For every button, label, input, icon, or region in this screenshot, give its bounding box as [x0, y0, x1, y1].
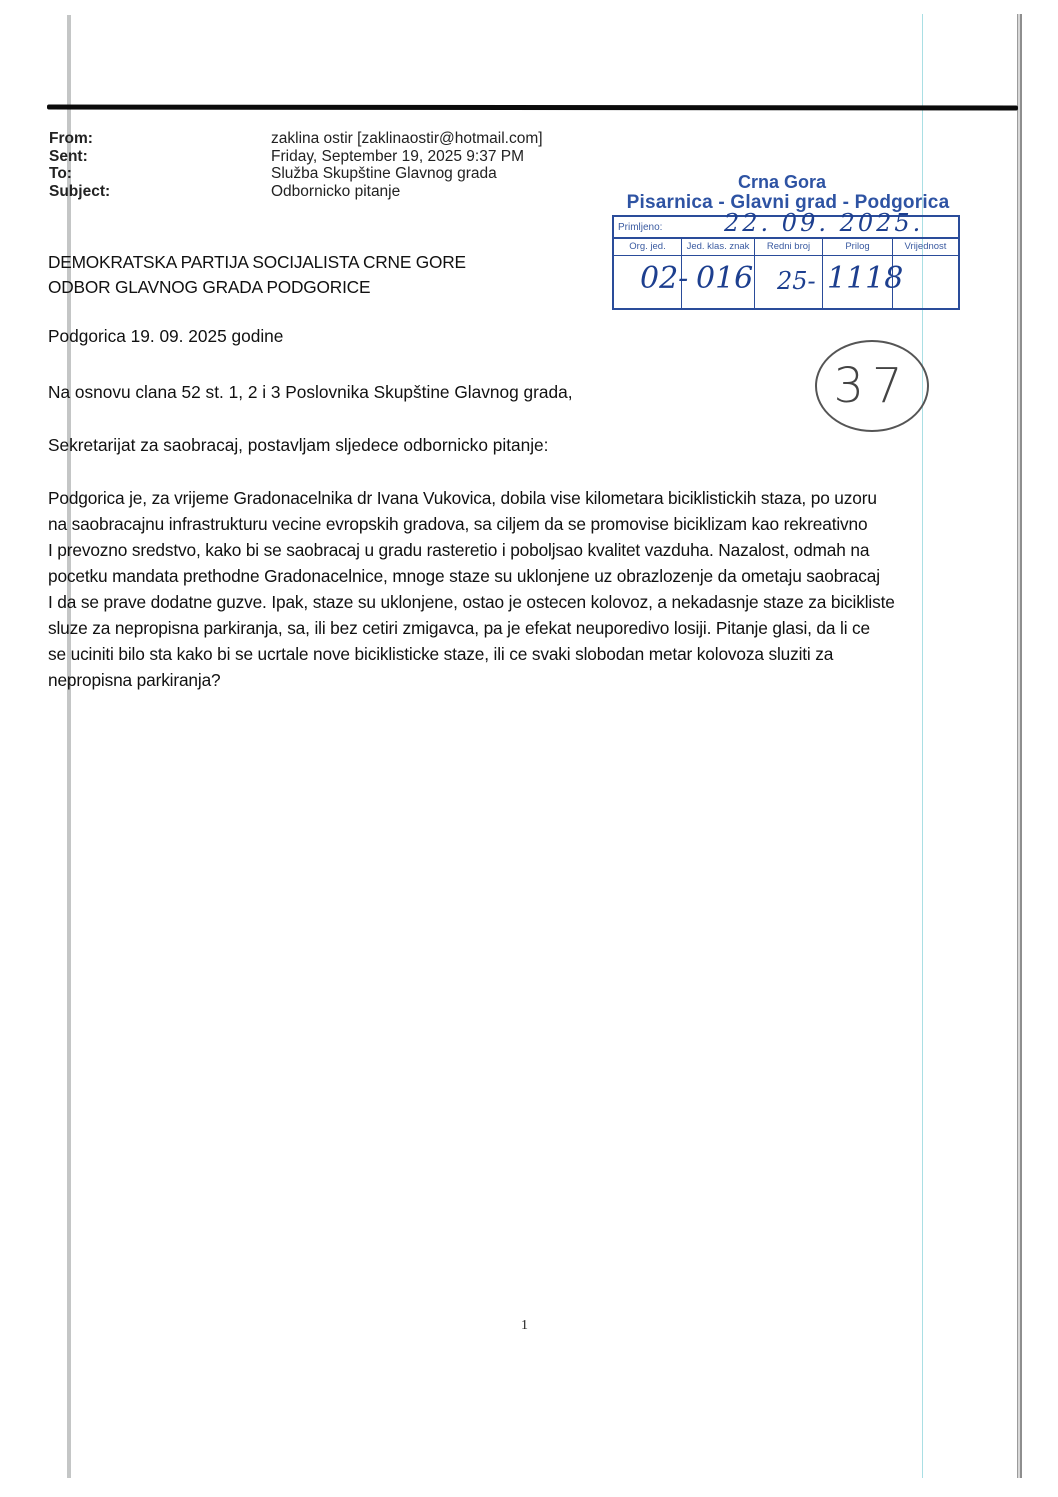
- email-header-from: From: zaklina ostir [zaklinaostir@hotmai…: [49, 130, 543, 148]
- letter-body: DEMOKRATSKA PARTIJA SOCIJALISTA CRNE GOR…: [48, 250, 1028, 300]
- stamp-title-country: Crna Gora: [600, 172, 964, 192]
- addressee-line: Sekretarijat za saobracaj, postavljam sl…: [48, 435, 548, 456]
- field-label: Subject:: [49, 183, 271, 201]
- field-label: To:: [49, 165, 271, 183]
- sender-value: zaklina ostir [zaklinaostir@hotmail.com]: [271, 130, 543, 148]
- scan-artifact-right-edge: [1017, 14, 1022, 1478]
- field-label: Sent:: [49, 148, 271, 166]
- sent-value: Friday, September 19, 2025 9:37 PM: [271, 148, 524, 166]
- handwritten-circled-number: 37: [815, 340, 929, 432]
- received-label: Primljeno:: [614, 222, 662, 233]
- org-committee: ODBOR GLAVNOG GRADA PODGORICE: [48, 275, 1028, 300]
- question-paragraph: Podgorica je, za vrijeme Gradonacelnika …: [48, 485, 1023, 693]
- page-number: 1: [521, 1318, 528, 1334]
- paragraph-line: pocetku mandata prethodne Gradonacelnice…: [48, 563, 1023, 589]
- paragraph-line: na saobracajnu infrastrukturu vecine evr…: [48, 511, 1023, 537]
- email-header: From: zaklina ostir [zaklinaostir@hotmai…: [49, 130, 543, 200]
- recipient-value: Služba Skupštine Glavnog grada: [271, 165, 497, 183]
- email-header-divider: [47, 104, 1018, 110]
- field-label: From:: [49, 130, 271, 148]
- received-date-handwritten: 22. 09. 2025.: [724, 209, 923, 237]
- subject-value: Odbornicko pitanje: [271, 183, 400, 201]
- paragraph-line: Podgorica je, za vrijeme Gradonacelnika …: [48, 485, 1023, 511]
- paragraph-line: se uciniti bilo sta kako bi se ucrtale n…: [48, 641, 1023, 667]
- email-header-subject: Subject: Odbornicko pitanje: [49, 183, 543, 201]
- email-header-sent: Sent: Friday, September 19, 2025 9:37 PM: [49, 148, 543, 166]
- email-header-to: To: Služba Skupštine Glavnog grada: [49, 165, 543, 183]
- legal-basis: Na osnovu clana 52 st. 1, 2 i 3 Poslovni…: [48, 382, 573, 403]
- paragraph-line: I da se prave dodatne guzve. Ipak, staze…: [48, 589, 1023, 615]
- paragraph-line: nepropisna parkiranja?: [48, 667, 1023, 693]
- stamp-received-row: Primljeno: 22. 09. 2025.: [614, 217, 958, 239]
- scan-artifact-left-line: [67, 15, 71, 1478]
- letter-date: Podgorica 19. 09. 2025 godine: [48, 326, 283, 347]
- paragraph-line: sluze za nepropisna parkiranja, sa, ili …: [48, 615, 1023, 641]
- org-name: DEMOKRATSKA PARTIJA SOCIJALISTA CRNE GOR…: [48, 250, 1028, 275]
- paragraph-line: I prevozno sredstvo, kako bi se saobraca…: [48, 537, 1023, 563]
